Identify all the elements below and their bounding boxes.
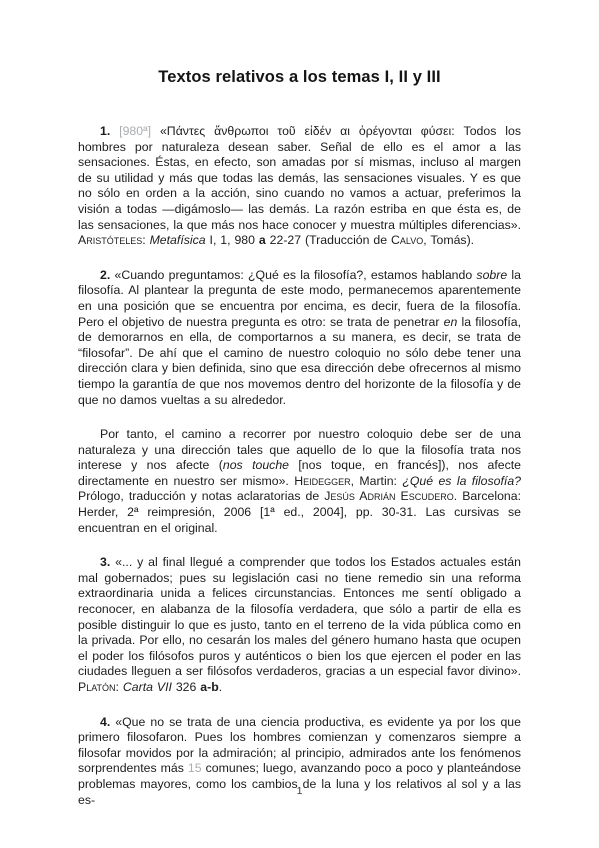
text-run: , Martin: bbox=[351, 474, 403, 488]
paragraph-2-continuation: Por tanto, el camino a recorrer por nues… bbox=[78, 427, 521, 536]
text-run: 15 bbox=[188, 761, 202, 775]
text-run: Metafísica bbox=[150, 233, 206, 247]
text-run: sobre bbox=[476, 268, 507, 282]
text-run: a bbox=[259, 233, 266, 247]
text-run: nos touche bbox=[223, 458, 289, 472]
text-run: 4. bbox=[100, 715, 115, 729]
text-run: 2. bbox=[100, 268, 114, 282]
text-run: en bbox=[444, 315, 458, 329]
text-run: Heidegger bbox=[294, 474, 350, 488]
text-run: «Πάντες ἄνθρωποι τοῦ εἰδέν αι ὀρέγονται … bbox=[78, 124, 521, 232]
text-run: a-b bbox=[200, 680, 218, 694]
text-run: Carta VII bbox=[123, 680, 172, 694]
text-run: 1. bbox=[100, 124, 119, 138]
text-run: : bbox=[116, 680, 123, 694]
text-run: [980ª] bbox=[119, 124, 160, 138]
text-run: «... y al final llegué a comprender que … bbox=[78, 555, 521, 678]
text-run: «Cuando preguntamos: ¿Qué es la filosofí… bbox=[114, 268, 476, 282]
paragraph-2: 2. «Cuando preguntamos: ¿Qué es la filos… bbox=[78, 268, 521, 408]
text-run: Calvo bbox=[391, 233, 423, 247]
document-page: Textos relativos a los temas I, II y III… bbox=[0, 0, 599, 848]
body-text: 1. [980ª] «Πάντες ἄνθρωποι τοῦ εἰδέν αι … bbox=[78, 124, 521, 808]
page-number: 1 bbox=[0, 785, 599, 797]
text-run: . bbox=[219, 680, 222, 694]
paragraph-3: 3. «... y al final llegué a comprender q… bbox=[78, 555, 521, 695]
text-run: I, 1, 980 bbox=[206, 233, 259, 247]
text-run: 326 bbox=[172, 680, 200, 694]
text-run: Prólogo, traducción y notas aclaratorias… bbox=[78, 489, 324, 503]
text-run: 3. bbox=[100, 555, 115, 569]
text-run: : bbox=[142, 233, 149, 247]
text-run: 22-27 (Traducción de bbox=[266, 233, 391, 247]
text-run: Platón bbox=[78, 680, 116, 694]
text-run: , Tomás). bbox=[423, 233, 474, 247]
text-run: Jesús Adrián Escudero bbox=[324, 489, 453, 503]
text-column: Textos relativos a los temas I, II y III… bbox=[78, 0, 521, 808]
text-run: Aristóteles bbox=[78, 233, 142, 247]
page-title: Textos relativos a los temas I, II y III bbox=[78, 68, 521, 87]
text-run: ¿Qué es la filosofía? bbox=[402, 474, 521, 488]
paragraph-1: 1. [980ª] «Πάντες ἄνθρωποι τοῦ εἰδέν αι … bbox=[78, 124, 521, 249]
